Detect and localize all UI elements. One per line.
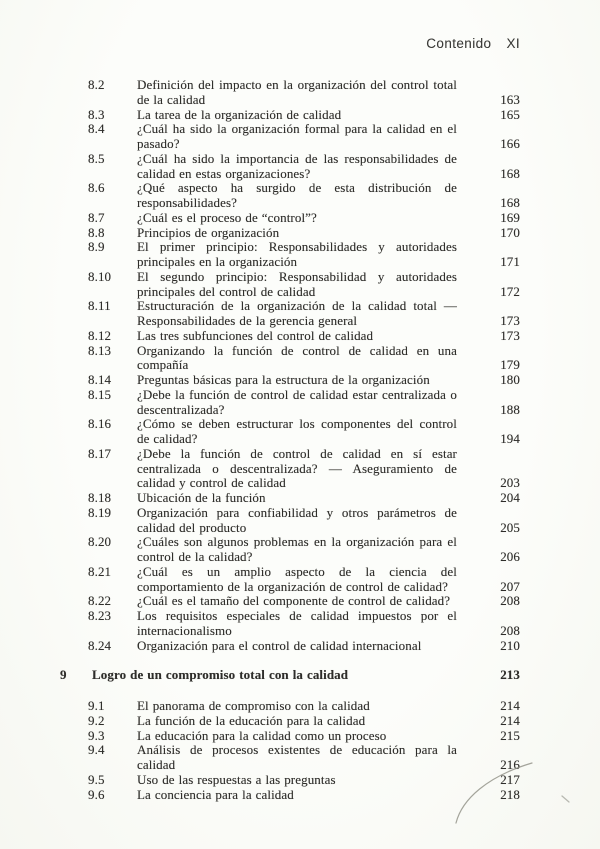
entry-page-number: 173 (457, 314, 520, 329)
toc-entry: 8.12 Las tres subfunciones del control d… (60, 329, 520, 344)
entry-title: ¿Cuál es el tamaño del componente de con… (137, 594, 457, 609)
toc-entry: 9.1 El panorama de compromiso con la cal… (60, 699, 520, 714)
entry-page-number: 214 (457, 699, 520, 714)
entry-page-number: 168 (457, 167, 520, 182)
header-section-title: Contenido (426, 36, 491, 51)
entry-number: 8.12 (60, 329, 137, 344)
entry-number: 8.2 (60, 78, 137, 93)
toc-entry: 8.19 Organización para confiabilidad y o… (60, 506, 520, 536)
entry-page-number: 206 (457, 550, 520, 565)
toc-entry: 8.11 Estructuración de la organización d… (60, 299, 520, 329)
entry-title: Las tres subfunciones del control de cal… (137, 329, 457, 344)
entry-number: 8.7 (60, 211, 137, 226)
entry-page-number: 171 (457, 255, 520, 270)
table-of-contents: 8.2 Definición del impacto en la organiz… (60, 78, 520, 802)
entry-title: Uso de las respuestas a las preguntas (137, 773, 457, 788)
toc-entry: 8.9 El primer principio: Responsabilidad… (60, 240, 520, 270)
toc-entry: 8.18 Ubicación de la función 204 (60, 491, 520, 506)
entry-page-number: 179 (457, 358, 520, 373)
entry-number: 8.15 (60, 388, 137, 403)
entry-number: 8.19 (60, 506, 137, 521)
entry-title: Principios de organización (137, 226, 457, 241)
entry-page-number: 194 (457, 432, 520, 447)
entry-number: 8.16 (60, 417, 137, 432)
entry-number: 8.8 (60, 226, 137, 241)
entry-page-number: 214 (457, 714, 520, 729)
toc-entry: 8.8 Principios de organización 170 (60, 226, 520, 241)
toc-entry: 9.3 La educación para la calidad como un… (60, 729, 520, 744)
entry-number: 8.4 (60, 122, 137, 137)
entry-title: El panorama de compromiso con la calidad (137, 699, 457, 714)
entry-number: 8.17 (60, 447, 137, 462)
entry-page-number: 217 (457, 773, 520, 788)
entry-title: La función de la educación para la calid… (137, 714, 457, 729)
entry-title: La conciencia para la calidad (137, 788, 457, 803)
entry-number: 8.3 (60, 108, 137, 123)
toc-entry: 8.16 ¿Cómo se deben estructurar los comp… (60, 417, 520, 447)
entry-page-number: 207 (457, 580, 520, 595)
toc-entry: 8.20 ¿Cuáles son algunos problemas en la… (60, 535, 520, 565)
entry-page-number: 216 (457, 758, 520, 773)
entry-number: 9.5 (60, 773, 137, 788)
entry-title: ¿Debe la función de control de calidad e… (137, 388, 457, 418)
entry-title: ¿Cómo se deben estructurar los component… (137, 417, 457, 447)
entry-page-number: 213 (457, 668, 520, 683)
toc-entry: 8.4 ¿Cuál ha sido la organización formal… (60, 122, 520, 152)
entry-title: Los requisitos especiales de calidad imp… (137, 609, 457, 639)
toc-entry: 9.4 Análisis de procesos existentes de e… (60, 743, 520, 773)
toc-entry: 8.15 ¿Debe la función de control de cali… (60, 388, 520, 418)
entry-page-number: 165 (457, 108, 520, 123)
entry-number: 8.23 (60, 609, 137, 624)
entry-title: La tarea de la organización de calidad (137, 108, 457, 123)
entry-title: Logro de un compromiso total con la cali… (92, 668, 457, 683)
entry-page-number: 172 (457, 285, 520, 300)
entry-page-number: 188 (457, 403, 520, 418)
ink-speck (562, 796, 569, 802)
entry-page-number: 168 (457, 196, 520, 211)
toc-entry: 8.2 Definición del impacto en la organiz… (60, 78, 520, 108)
toc-entry: 8.14 Preguntas básicas para la estructur… (60, 373, 520, 388)
entry-title: Ubicación de la función (137, 491, 457, 506)
entry-number: 9.6 (60, 788, 137, 803)
toc-entry: 9.6 La conciencia para la calidad 218 (60, 788, 520, 803)
toc-entry: 8.23 Los requisitos especiales de calida… (60, 609, 520, 639)
entry-title: ¿Cuál ha sido la organización formal par… (137, 122, 457, 152)
entry-number: 8.13 (60, 344, 137, 359)
entry-number: 8.20 (60, 535, 137, 550)
entry-title: Organización para confiabilidad y otros … (137, 506, 457, 536)
entry-page-number: 169 (457, 211, 520, 226)
entry-number: 8.22 (60, 594, 137, 609)
entry-title: Definición del impacto en la organizació… (137, 78, 457, 108)
entry-number: 8.6 (60, 181, 137, 196)
toc-entry: 8.13 Organizando la función de control d… (60, 344, 520, 374)
entry-number: 9.3 (60, 729, 137, 744)
entry-title: ¿Cuál es un amplio aspecto de la ciencia… (137, 565, 457, 595)
entry-page-number: 180 (457, 373, 520, 388)
entry-title: Organizando la función de control de cal… (137, 344, 457, 374)
entry-page-number: 203 (457, 476, 520, 491)
running-header: ContenidoXI (426, 36, 520, 51)
entry-title: El primer principio: Responsabilidades y… (137, 240, 457, 270)
toc-entry: 9.2 La función de la educación para la c… (60, 714, 520, 729)
entry-number: 8.18 (60, 491, 137, 506)
entry-page-number: 208 (457, 624, 520, 639)
entry-title: ¿Cuál ha sido la importancia de las resp… (137, 152, 457, 182)
entry-title: Análisis de procesos existentes de educa… (137, 743, 457, 773)
entry-page-number: 218 (457, 788, 520, 803)
entry-number: 8.24 (60, 639, 137, 654)
entry-title: ¿Cuáles son algunos problemas en la orga… (137, 535, 457, 565)
toc-entry: 8.22 ¿Cuál es el tamaño del componente d… (60, 594, 520, 609)
entry-title: ¿Cuál es el proceso de “control”? (137, 211, 457, 226)
toc-entry: 8.24 Organización para el control de cal… (60, 639, 520, 654)
entry-title: Estructuración de la organización de la … (137, 299, 457, 329)
entry-page-number: 210 (457, 639, 520, 654)
toc-entry: 8.10 El segundo principio: Responsabilid… (60, 270, 520, 300)
entry-title: El segundo principio: Responsabilidad y … (137, 270, 457, 300)
toc-entry: 8.17 ¿Debe la función de control de cali… (60, 447, 520, 491)
toc-entry: 8.3 La tarea de la organización de calid… (60, 108, 520, 123)
entry-page-number: 208 (457, 594, 520, 609)
toc-entry: 8.6 ¿Qué aspecto ha surgido de esta dist… (60, 181, 520, 211)
entry-page-number: 215 (457, 729, 520, 744)
entry-number: 9 (60, 668, 92, 683)
entry-page-number: 173 (457, 329, 520, 344)
entry-title: Organización para el control de calidad … (137, 639, 457, 654)
toc-entry: 9 Logro de un compromiso total con la ca… (60, 668, 520, 683)
header-page-number-roman: XI (506, 36, 520, 51)
toc-entry: 9.5 Uso de las respuestas a las pregunta… (60, 773, 520, 788)
entry-number: 8.10 (60, 270, 137, 285)
entry-page-number: 163 (457, 93, 520, 108)
toc-entry: 8.7 ¿Cuál es el proceso de “control”? 16… (60, 211, 520, 226)
entry-number: 9.4 (60, 743, 137, 758)
toc-entry: 8.21 ¿Cuál es un amplio aspecto de la ci… (60, 565, 520, 595)
entry-page-number: 170 (457, 226, 520, 241)
entry-number: 8.21 (60, 565, 137, 580)
scanned-book-page: ContenidoXI 8.2 Definición del impacto e… (0, 0, 600, 849)
entry-page-number: 205 (457, 521, 520, 536)
entry-number: 8.5 (60, 152, 137, 167)
toc-entry: 8.5 ¿Cuál ha sido la importancia de las … (60, 152, 520, 182)
entry-number: 8.11 (60, 299, 137, 314)
entry-title: ¿Qué aspecto ha surgido de esta distribu… (137, 181, 457, 211)
entry-title: Preguntas básicas para la estructura de … (137, 373, 457, 388)
entry-number: 9.1 (60, 699, 137, 714)
entry-page-number: 204 (457, 491, 520, 506)
entry-title: ¿Debe la función de control de calidad e… (137, 447, 457, 491)
entry-number: 8.9 (60, 240, 137, 255)
entry-number: 8.14 (60, 373, 137, 388)
entry-number: 9.2 (60, 714, 137, 729)
entry-title: La educación para la calidad como un pro… (137, 729, 457, 744)
entry-page-number: 166 (457, 137, 520, 152)
